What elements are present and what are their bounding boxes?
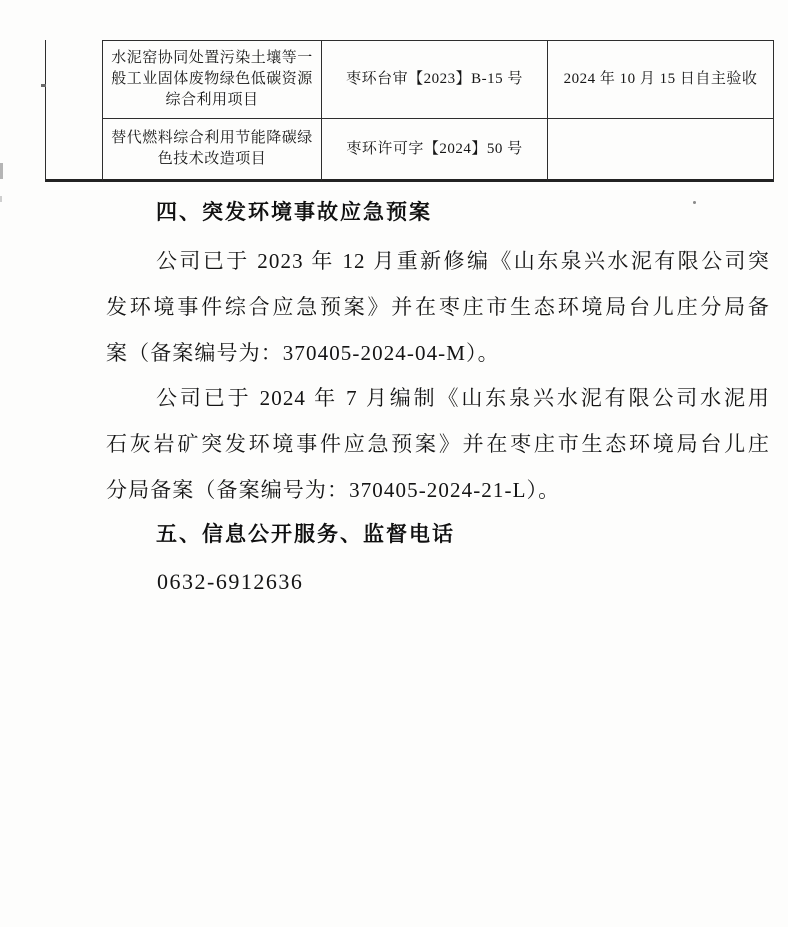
paragraph-line: 分局备案（备案编号为：370405-2024-21-L）。 [106,476,560,504]
scan-speck [41,84,46,87]
paragraph-line: 发环境事件综合应急预案》并在枣庄市生态环境局台儿庄分局备 [106,293,770,321]
scan-speck [0,196,2,202]
table-cell-acceptance-status: 2024 年 10 月 15 日自主验收 [548,40,774,119]
scan-speck [0,163,3,179]
scan-speck [693,201,696,204]
section-heading-emergency-plan: 四、突发环境事故应急预案 [156,199,432,227]
table-cell-project-name: 水泥窑协同处置污染土壤等一 般工业固体废物绿色低碳资源 综合利用项目 [103,40,322,119]
table-cell-category-empty [45,40,103,182]
paragraph-line: 石灰岩矿突发环境事件应急预案》并在枣庄市生态环境局台儿庄 [106,430,770,458]
approval-table: 水泥窑协同处置污染土壤等一 般工业固体废物绿色低碳资源 综合利用项目 枣环台审【… [45,40,774,182]
table-cell-project-name: 替代燃料综合利用节能降碳绿 色技术改造项目 [103,119,322,182]
table-cell-acceptance-status [548,119,774,182]
table-cell-approval-number: 枣环台审【2023】B-15 号 [322,40,548,119]
document-page: 水泥窑协同处置污染土壤等一 般工业固体废物绿色低碳资源 综合利用项目 枣环台审【… [0,0,788,927]
paragraph-line: 公司已于 2023 年 12 月重新修编《山东泉兴水泥有限公司突 [156,247,770,275]
section-heading-info-disclosure: 五、信息公开服务、监督电话 [156,521,455,549]
paragraph-line: 公司已于 2024 年 7 月编制《山东泉兴水泥有限公司水泥用 [156,384,770,412]
supervision-phone-number: 0632-6912636 [157,568,303,596]
paragraph-line: 案（备案编号为：370405-2024-04-M）。 [106,339,500,367]
table-cell-approval-number: 枣环许可字【2024】50 号 [322,119,548,182]
